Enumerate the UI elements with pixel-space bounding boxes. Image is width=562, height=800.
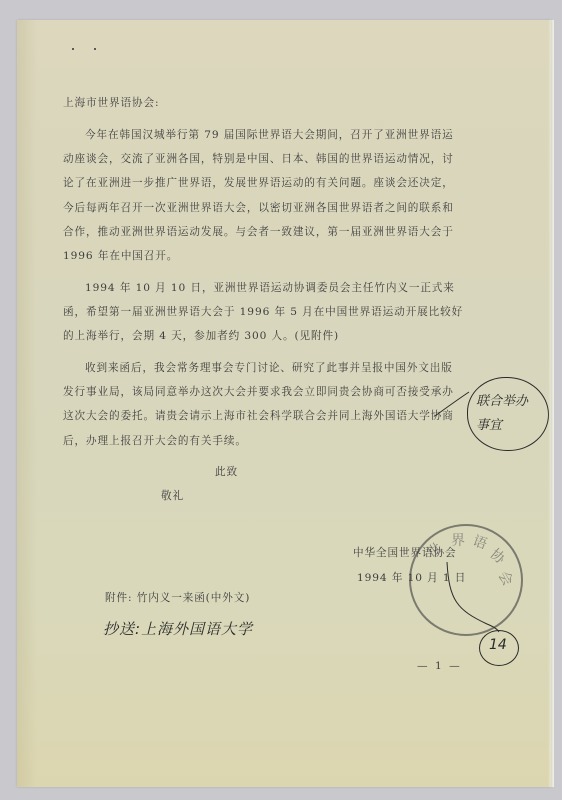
handwritten-connector-lines [17,20,551,787]
document-page: 上海市世界语协会: 今年在韩国汉城举行第 79 届国际世界语大会期间，召开了亚洲… [17,20,551,787]
